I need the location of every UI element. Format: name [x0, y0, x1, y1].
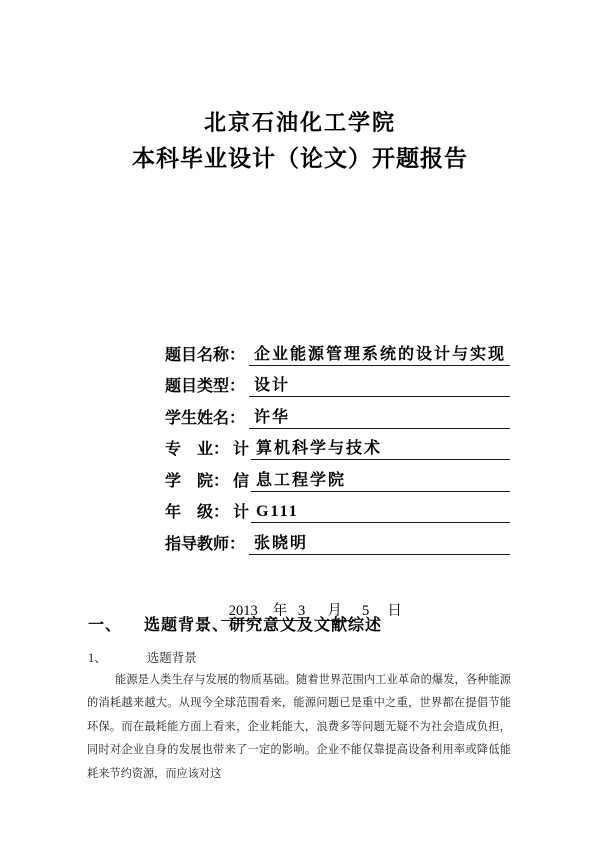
- section-title: 选题背景、研究意义及文献综述: [144, 617, 382, 634]
- field-underline: 设计: [249, 375, 510, 397]
- field-row-advisor: 指导教师： 张晓明: [165, 523, 510, 555]
- subsection-title: 选题背景: [147, 651, 197, 665]
- field-row-grade: 年 级： 计 G111: [165, 492, 510, 524]
- field-label-topic-type: 题目类型：: [165, 376, 245, 397]
- field-label-advisor: 指导教师：: [165, 534, 245, 555]
- field-prefix-college: 信: [233, 471, 251, 492]
- field-label-college: 学 院：: [165, 471, 229, 492]
- subsection-number: 1、: [88, 651, 107, 665]
- field-underline: 张晓明: [249, 533, 510, 555]
- field-row-student-name: 学生姓名： 许华: [165, 397, 510, 429]
- field-underline: 息工程学院: [251, 470, 510, 492]
- field-underline: G111: [251, 501, 510, 523]
- field-value-major: 算机科学与技术: [251, 440, 382, 457]
- field-value-topic-name: 企业能源管理系统的设计与实现: [249, 346, 506, 363]
- field-label-grade: 年 级：: [165, 502, 229, 523]
- field-value-grade: G111: [251, 503, 299, 520]
- field-value-topic-type: 设计: [249, 377, 290, 394]
- cover-fields: 题目名称： 企业能源管理系统的设计与实现 题目类型： 设计 学生姓名： 许华 专…: [165, 334, 510, 555]
- subsection-heading: 1、选题背景: [88, 648, 197, 666]
- report-title: 本科毕业设计（论文）开题报告: [0, 140, 600, 173]
- field-row-college: 学 院： 信 息工程学院: [165, 460, 510, 492]
- field-underline: 算机科学与技术: [251, 438, 510, 460]
- field-row-major: 专 业： 计 算机科学与技术: [165, 429, 510, 461]
- field-row-topic-name: 题目名称： 企业能源管理系统的设计与实现: [165, 334, 510, 366]
- field-value-student-name: 许华: [249, 409, 290, 426]
- field-underline: 企业能源管理系统的设计与实现: [249, 344, 510, 366]
- section-number: 一、: [88, 617, 122, 634]
- institution-title: 北京石油化工学院: [0, 106, 600, 137]
- field-value-college: 息工程学院: [251, 472, 346, 489]
- field-prefix-major: 计: [233, 439, 251, 460]
- field-underline: 许华: [249, 407, 510, 429]
- field-label-student-name: 学生姓名：: [165, 408, 245, 429]
- field-value-advisor: 张晓明: [249, 535, 308, 552]
- field-label-topic-name: 题目名称：: [165, 345, 245, 366]
- field-row-topic-type: 题目类型： 设计: [165, 366, 510, 398]
- document-page: 北京石油化工学院 本科毕业设计（论文）开题报告 题目名称： 企业能源管理系统的设…: [0, 0, 600, 851]
- section-heading: 一、选题背景、研究意义及文献综述: [88, 612, 382, 635]
- body-paragraph: 能源是人类生存与发展的物质基础。随着世界范围内工业革命的爆发，各种能源的消耗越来…: [87, 669, 511, 786]
- field-prefix-grade: 计: [233, 502, 251, 523]
- field-label-major: 专 业：: [165, 439, 229, 460]
